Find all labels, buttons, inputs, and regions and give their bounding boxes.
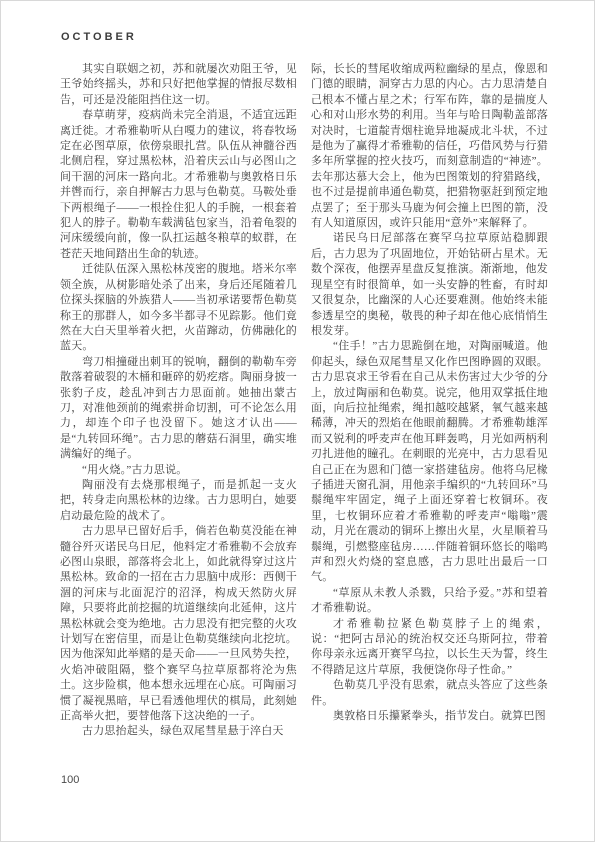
body-paragraph: 古力思早已留好后手，倘若色勒莫没能在神髓谷歼灭诺民乌日尼，他料定才希雅勒不会放弃… — [60, 524, 297, 724]
running-head-month: OCTOBER — [61, 31, 137, 43]
page-number: 100 — [61, 774, 79, 786]
body-paragraph: 色勒莫几乎没有思索，就点头答应了这些条件。 — [311, 678, 548, 709]
body-paragraph: 诺民乌日尼部落在赛罕乌拉草原站稳脚跟后，古力思为了巩固地位，开始钻研占星术。无数… — [311, 231, 548, 339]
body-paragraph: 古力思抬起头，绿色双尾彗星悬于淬白天 — [60, 724, 297, 739]
body-paragraph: 其实自联姻之初，苏和就屡次劝阻王爷，见王爷始终摇头，苏和只好把他掌握的情报尽数相… — [60, 62, 297, 108]
body-paragraph: “草原从未教人杀戮，只给予爱。”苏和望着才希雅勒说。 — [311, 586, 548, 617]
body-paragraph: “住手！”古力思跪倒在地，对陶丽喊道。他仰起头，绿色双尾彗星又化作巴图睁圆的双眼… — [311, 339, 548, 586]
body-paragraph: 春草萌芽，疫病尚未完全消退，不适宜远距离迁徙。才希雅勒听从白嘎力的建议，将春牧场… — [60, 108, 297, 262]
body-paragraph-continuation: 际，长长的彗尾收缩成两粒幽绿的星点，像恩和门德的眼睛，洞穿古力思的内心。古力思清… — [311, 62, 548, 231]
page-content: 其实自联姻之初，苏和就屡次劝阻王爷，见王爷始终摇头，苏和只好把他掌握的情报尽数相… — [60, 62, 548, 740]
text-column-left: 其实自联姻之初，苏和就屡次劝阻王爷，见王爷始终摇头，苏和只好把他掌握的情报尽数相… — [60, 62, 297, 740]
text-column-right: 际，长长的彗尾收缩成两粒幽绿的星点，像恩和门德的眼睛，洞穿古力思的内心。古力思清… — [311, 62, 548, 740]
body-paragraph: “用火烧。”古力思说。 — [60, 463, 297, 478]
body-paragraph: 陶丽没有去烧那根绳子，而是抓起一支火把，转身走向黑松林的边缘。古力思明白，她要启… — [60, 478, 297, 524]
body-paragraph: 迁徙队伍深入黑松林茂密的腹地。塔米尔率领全族，从树影暗处杀了出来，身后还尾随着几… — [60, 262, 297, 354]
body-paragraph: 奥敦格日乐攥紧拳头，指节发白。就算巴图 — [311, 709, 548, 724]
body-paragraph: 才希雅勒拉紧色勒莫脖子上的绳索，说：“把阿古昂沁的统治权交还乌斯阿拉，带着你母亲… — [311, 617, 548, 679]
book-page: OCTOBER 其实自联姻之初，苏和就屡次劝阻王爷，见王爷始终摇头，苏和只好把他… — [0, 0, 595, 842]
body-paragraph: 弯刀相撞碰出刺耳的锐响，翻倒的勒勒车旁散落着破裂的木桶和砸碎的奶疙瘩。陶丽身披一… — [60, 355, 297, 463]
